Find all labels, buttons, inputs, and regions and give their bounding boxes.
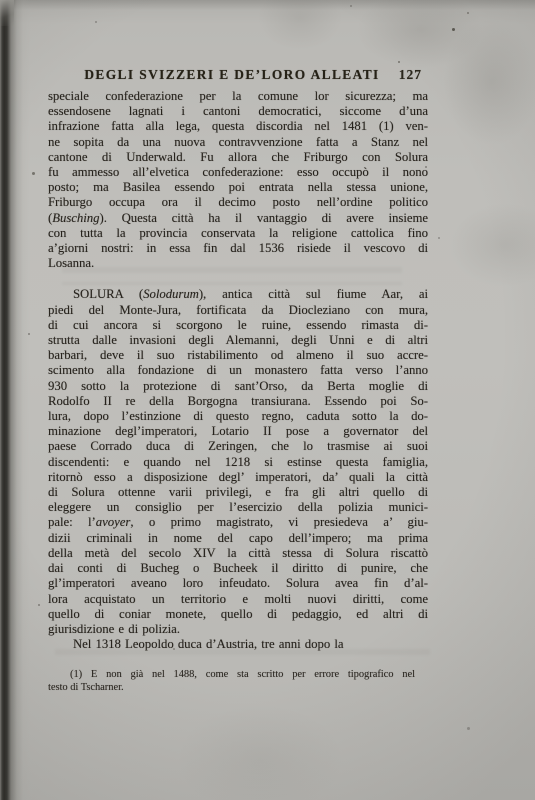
text-line: minazione degl’imperatori, Lotario II po…	[48, 424, 428, 439]
text-line: giurisdizione e di polizia.	[48, 622, 428, 637]
paragraph: SOLURA (Solodurum), antica città sul fiu…	[48, 287, 428, 637]
paragraph: speciale confederazione per la comune lo…	[48, 89, 428, 271]
text-line: pale: l’avoyer, o primo magistrato, vi p…	[48, 515, 428, 530]
footnote-line: (1) E non già nel 1488, come sta scritto…	[48, 669, 415, 682]
paper-speck	[467, 727, 470, 730]
paper-speck	[38, 604, 40, 606]
paper-speck	[452, 28, 455, 31]
text-line: speciale confederazione per la comune lo…	[48, 89, 428, 104]
text-line: piedi del Monte-Jura, fortificata da Dio…	[48, 303, 428, 318]
text-line: Friburgo occupa ora il decimo posto nell…	[48, 195, 428, 210]
text-line: lora acquistato un territorio e molti nu…	[48, 592, 428, 607]
paper-speck	[350, 5, 352, 7]
paper-speck	[467, 12, 469, 14]
text-line: essendosene lagnati i cantoni democratic…	[48, 104, 428, 119]
paper-speck	[438, 237, 440, 239]
text-line: infrazione fatta alla lega, questa disco…	[48, 119, 428, 134]
text-line: discendenti: e quando nel 1218 si estins…	[48, 455, 428, 470]
paper-speck	[173, 648, 175, 650]
text-line: (Busching). Questa città ha il vantaggio…	[48, 211, 428, 226]
text-line: della metà del secolo XIV la città stess…	[48, 546, 428, 561]
text-line: cantone di Underwald. Fu allora che Frib…	[48, 150, 428, 165]
text-line: quello di coniar monete, quello di pedag…	[48, 607, 428, 622]
running-header: DEGLI SVIZZERI E DE’LORO ALLEATI 127	[40, 66, 424, 82]
text-line: 930 sotto la protezione di sant’Orso, da…	[48, 379, 428, 394]
scan-top-edge-shadow	[0, 0, 535, 10]
text-line: posto; ma Basilea essendo poi entrata ne…	[48, 180, 428, 195]
paper-speck	[95, 21, 97, 23]
text-line: ritornò esso a disposizione degl’ impera…	[48, 470, 428, 485]
text-line: ne sopita da una nuova contravvenzione f…	[48, 135, 428, 150]
text-line: Rodolfo II re della Borgogna transiurana…	[48, 394, 428, 409]
paper-speck	[32, 172, 35, 175]
text-line: dai conti di Bucheg o Bucheek il diritto…	[48, 561, 428, 576]
binding-gutter-shadow	[0, 0, 30, 800]
text-line: lura, dopo l’estinzione di questo regno,…	[48, 409, 428, 424]
text-line: scimento alla fondazione di un monastero…	[48, 363, 428, 378]
page-number: 127	[399, 67, 422, 83]
text-line: dizii criminali in nome del capo dell’im…	[48, 531, 428, 546]
text-line: a’giorni nostri: in essa fin dal 1536 ri…	[48, 241, 428, 256]
text-line: paese Corrado duca di Zeringen, che lo t…	[48, 439, 428, 454]
body-text: speciale confederazione per la comune lo…	[48, 89, 428, 652]
paper-speck	[28, 333, 30, 335]
text-line: di cui ancora si scorgono le ruine, esse…	[48, 318, 428, 333]
running-header-title: DEGLI SVIZZERI E DE’LORO ALLEATI	[84, 67, 379, 82]
text-line: di Solura ottenne varii privilegi, e fra…	[48, 485, 428, 500]
text-line: gl’imperatori aveano loro infeudato. Sol…	[48, 576, 428, 591]
text-line: Losanna.	[48, 256, 428, 271]
paragraph: Nel 1318 Leopoldo duca d’Austria, tre an…	[48, 637, 428, 652]
footnote: (1) E non già nel 1488, come sta scritto…	[48, 669, 415, 694]
paper-speck	[425, 166, 427, 168]
paper-speck	[398, 61, 400, 63]
text-line: Nel 1318 Leopoldo duca d’Austria, tre an…	[48, 637, 428, 652]
text-line: eleggere un consiglio per l’esercizio de…	[48, 500, 428, 515]
text-line: con tutta la provincia conservata la rel…	[48, 226, 428, 241]
text-line: barbari, deve il suo ristabilimento od a…	[48, 348, 428, 363]
scanned-book-page: DEGLI SVIZZERI E DE’LORO ALLEATI 127 spe…	[0, 0, 535, 800]
binding-corner-fade	[0, 0, 14, 26]
footnote-line: testo di Tscharner.	[48, 682, 415, 695]
text-line: fu ammesso all’elvetica confederazione: …	[48, 165, 428, 180]
text-line: strutta dalle invasioni degli Alemanni, …	[48, 333, 428, 348]
text-line: SOLURA (Solodurum), antica città sul fiu…	[48, 287, 428, 302]
